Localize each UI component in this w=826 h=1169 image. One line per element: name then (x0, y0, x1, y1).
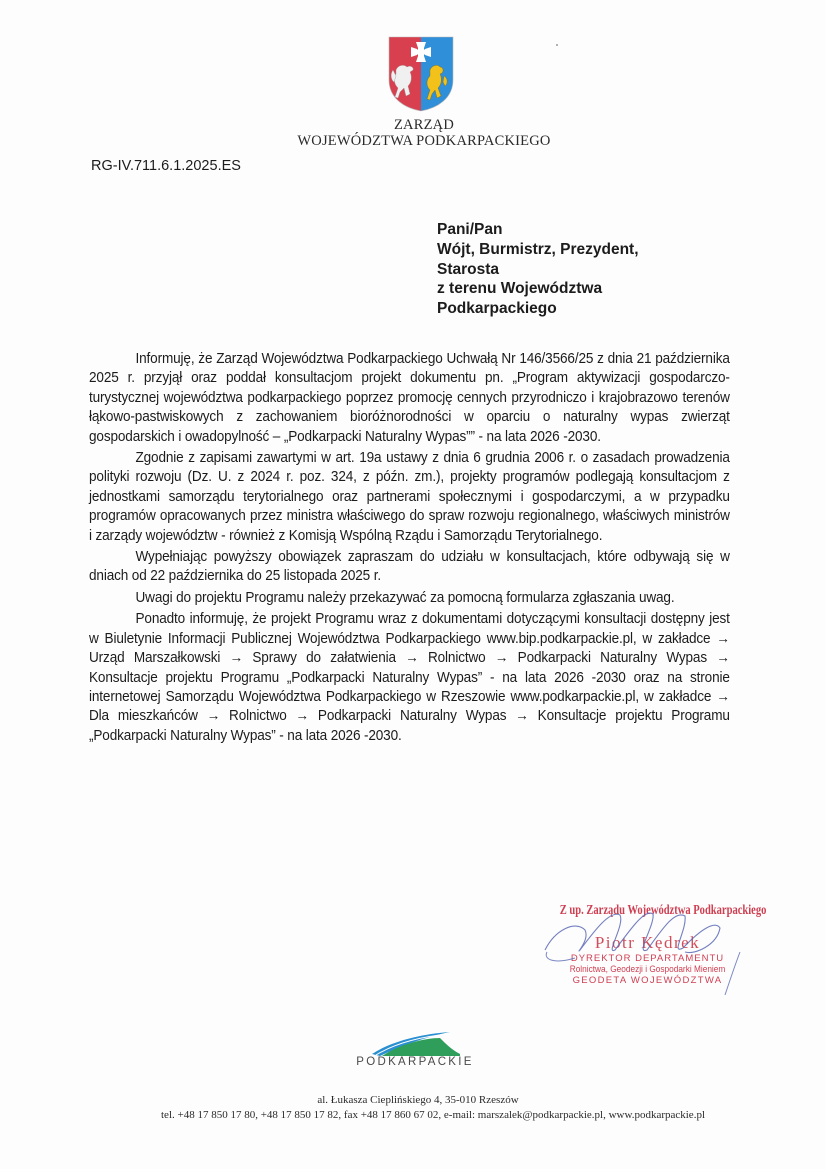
recipient-line: Podkarpackiego (437, 299, 639, 319)
org-header-line1: ZARZĄD (0, 117, 826, 134)
scan-artifact (556, 44, 558, 46)
recipient-line: Starosta (437, 260, 639, 280)
podkarpackie-coat-of-arms-icon (388, 36, 454, 112)
org-header-line2: WOJEWÓDZTWA PODKARPACKIEGO (0, 133, 826, 150)
recipient-block: Pani/Pan Wójt, Burmistrz, Prezydent, Sta… (437, 220, 639, 319)
recipient-line: Wójt, Burmistrz, Prezydent, (437, 240, 639, 260)
recipient-line: z terenu Województwa (437, 279, 639, 299)
podkarpackie-logo-icon: PODKARPACKIE (350, 1030, 480, 1080)
body-paragraph: Wypełniając powyższy obowiązek zapraszam… (89, 548, 730, 587)
recipient-line: Pani/Pan (437, 220, 639, 240)
body-paragraph: Uwagi do projektu Programu należy przeka… (89, 589, 730, 608)
logo-wordmark: PODKARPACKIE (350, 1056, 480, 1068)
letter-page: ZARZĄD WOJEWÓDZTWA PODKARPACKIEGO RG-IV.… (0, 0, 826, 1169)
signature-stamp: Z up. Zarządu Województwa Podkarpackiego… (535, 900, 760, 995)
letter-body: Informuję, że Zarząd Województwa Podkarp… (89, 350, 730, 746)
reference-number: RG-IV.711.6.1.2025.ES (91, 158, 241, 174)
footer-contact: tel. +48 17 850 17 80, +48 17 850 17 82,… (0, 1109, 826, 1121)
footer-address: al. Łukasza Cieplińskiego 4, 35-010 Rzes… (0, 1094, 826, 1106)
body-paragraph: Zgodnie z zapisami zawartymi w art. 19a … (89, 449, 730, 546)
signature-scribble-icon (535, 900, 760, 995)
body-paragraph: Ponadto informuję, że projekt Programu w… (89, 610, 730, 746)
body-paragraph: Informuję, że Zarząd Województwa Podkarp… (89, 350, 730, 447)
